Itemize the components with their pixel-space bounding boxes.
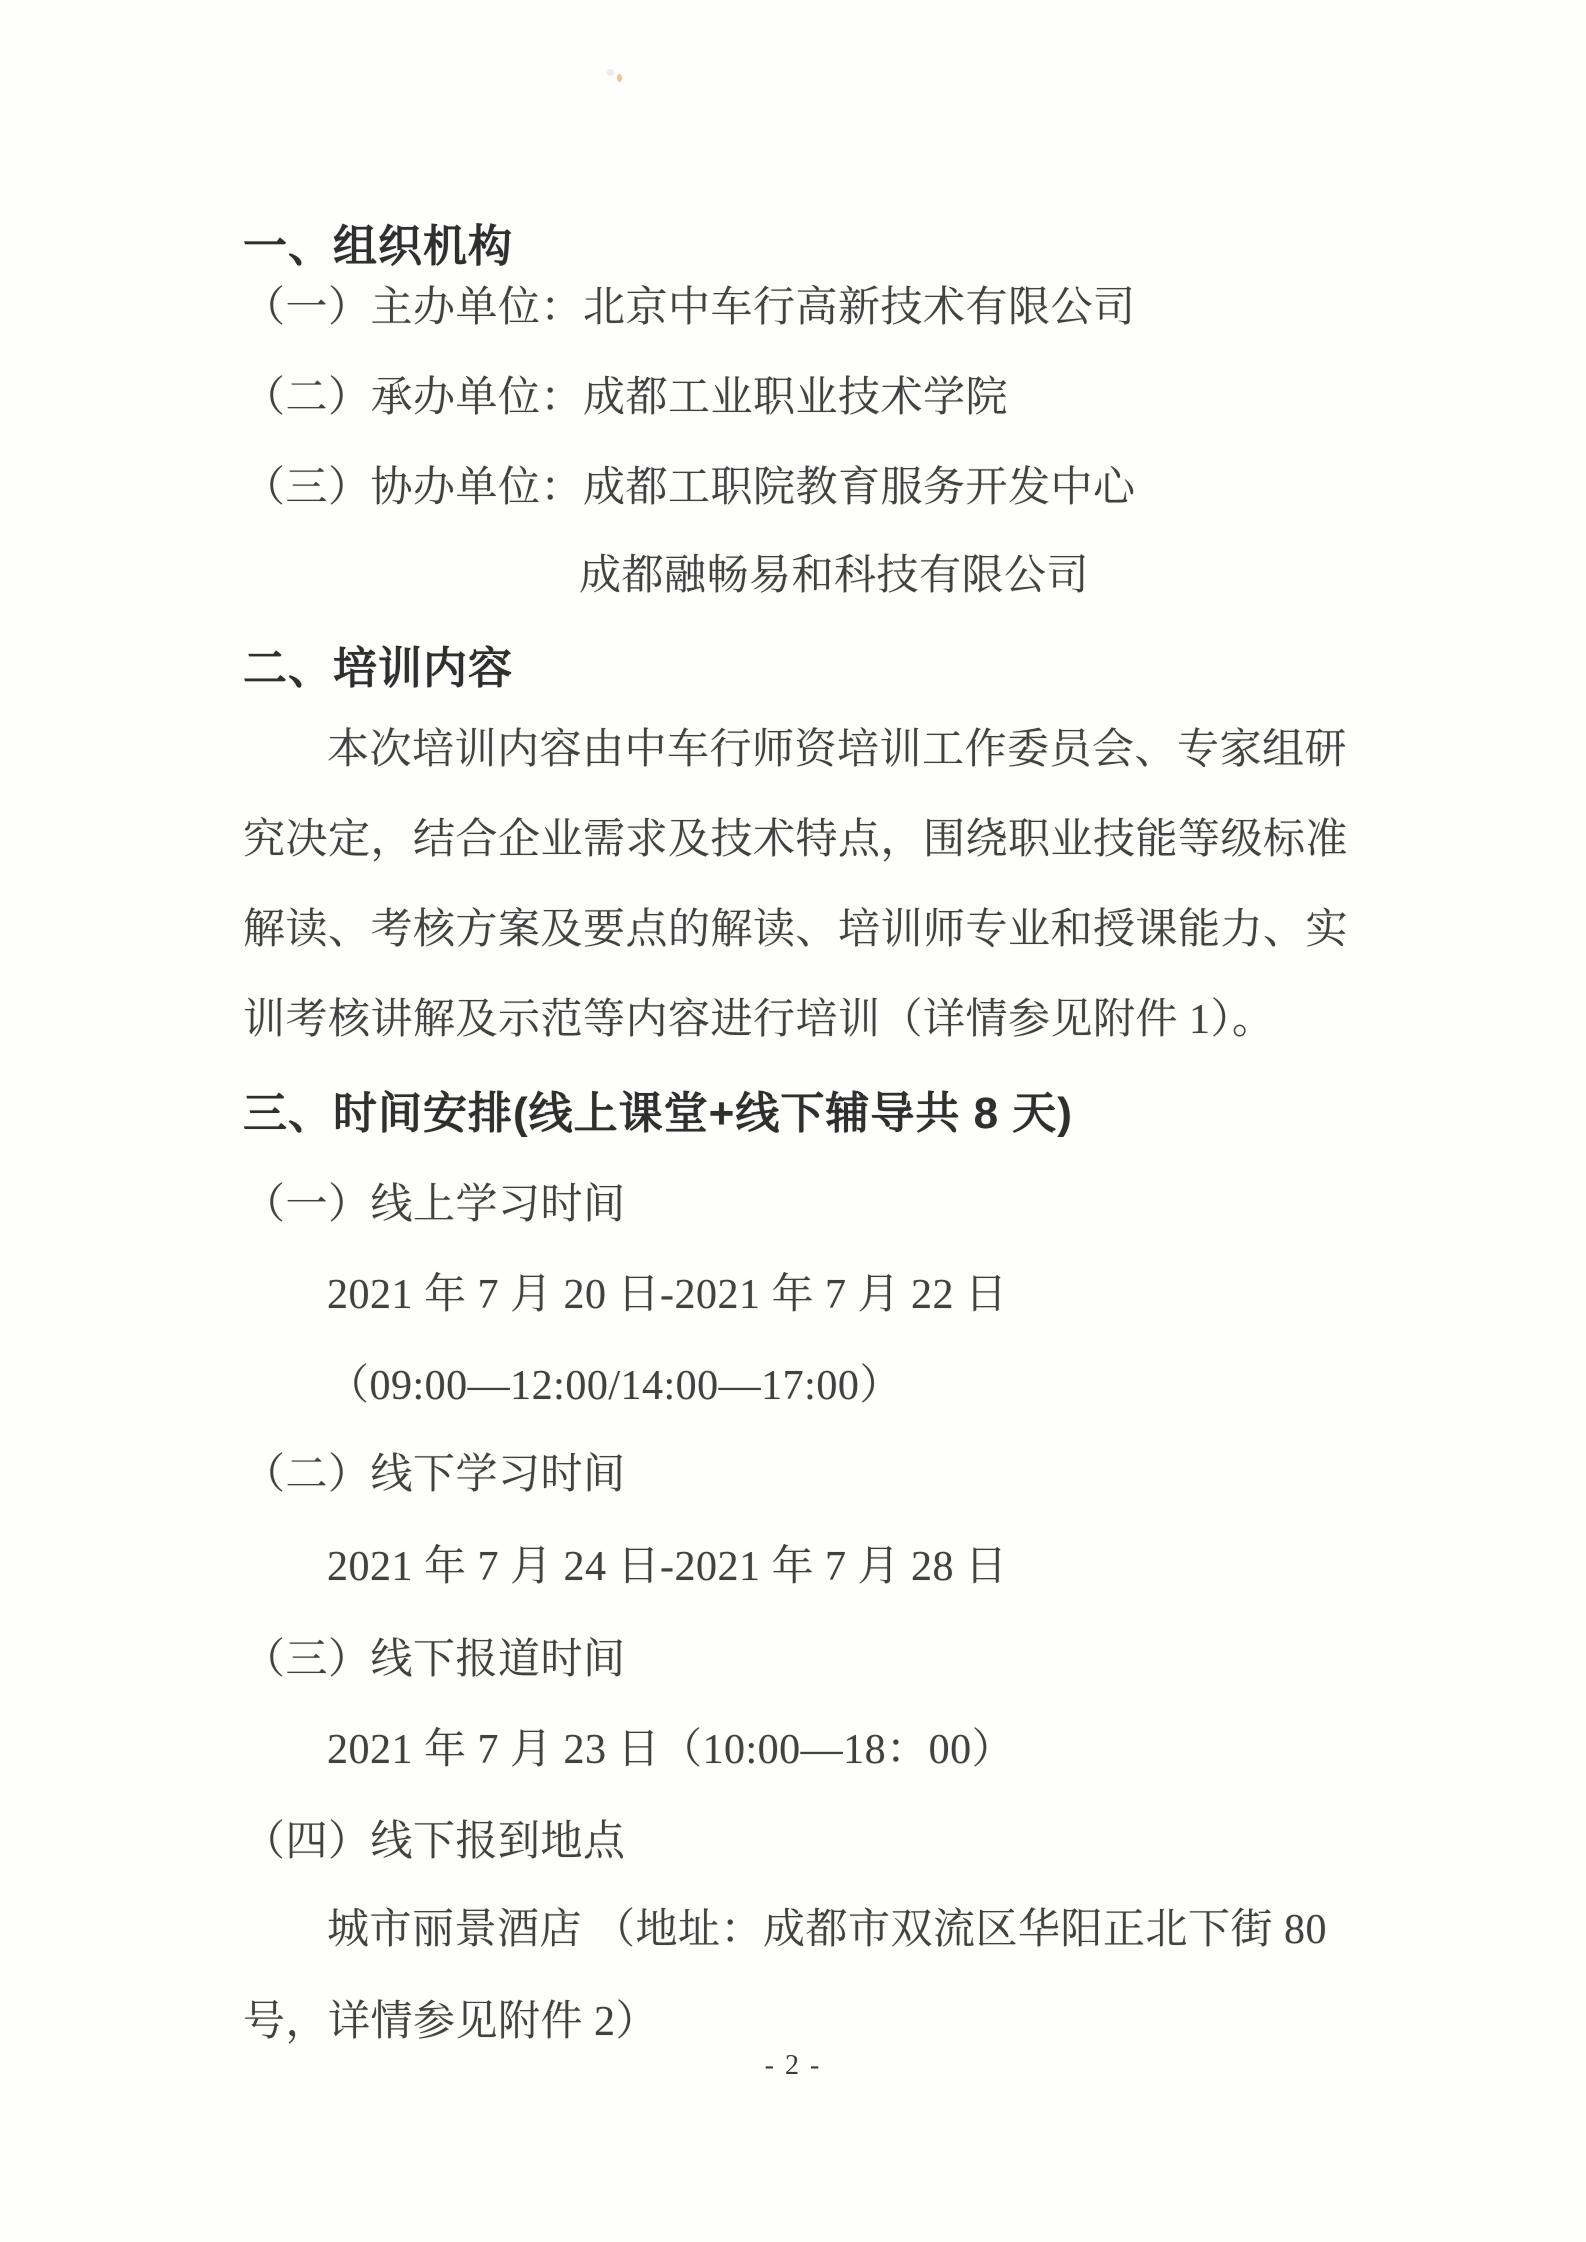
online-study-hours: （09:00—12:00/14:00—17:00） bbox=[327, 1362, 902, 1410]
organization-item-host: （一）主办单位：北京中车行高新技术有限公司 bbox=[243, 284, 1136, 332]
organization-coorganizer-second-line: 成都融畅易和科技有限公司 bbox=[579, 552, 1089, 600]
offline-study-dates: 2021 年 7 月 24 日-2021 年 7 月 28 日 bbox=[327, 1543, 1008, 1591]
section-organization-heading: 一、组织机构 bbox=[243, 222, 513, 273]
training-content-paragraph-line: 训考核讲解及示范等内容进行培训（详情参见附件 1）。 bbox=[243, 996, 1275, 1044]
online-study-time-label: （一）线上学习时间 bbox=[243, 1181, 626, 1229]
organization-item-coorganizer: （三）协办单位：成都工职院教育服务开发中心 bbox=[243, 464, 1136, 512]
offline-checkin-place-label: （四）线下报到地点 bbox=[243, 1818, 626, 1866]
section-training-content-heading: 二、培训内容 bbox=[243, 644, 513, 695]
section-schedule-heading: 三、时间安排(线上课堂+线下辅导共 8 天) bbox=[243, 1089, 1073, 1140]
organization-item-undertaker: （二）承办单位：成都工业职业技术学院 bbox=[243, 374, 1008, 422]
online-study-dates: 2021 年 7 月 20 日-2021 年 7 月 22 日 bbox=[327, 1271, 1008, 1319]
document-page: 一、组织机构 （一）主办单位：北京中车行高新技术有限公司 （二）承办单位：成都工… bbox=[0, 0, 1586, 2242]
training-content-paragraph-line: 本次培训内容由中车行师资培训工作委员会、专家组研 bbox=[327, 726, 1347, 774]
offline-checkin-place-line: 号，详情参见附件 2） bbox=[243, 1998, 658, 2046]
training-content-paragraph-line: 解读、考核方案及要点的解读、培训师专业和授课能力、实 bbox=[243, 906, 1348, 954]
training-content-paragraph-line: 究决定，结合企业需求及技术特点，围绕职业技能等级标准 bbox=[243, 816, 1348, 864]
offline-checkin-dates: 2021 年 7 月 23 日（10:00—18：00） bbox=[327, 1726, 1014, 1774]
offline-study-time-label: （二）线下学习时间 bbox=[243, 1451, 626, 1499]
scan-speck bbox=[607, 69, 614, 76]
offline-checkin-place-line: 城市丽景酒店 （地址：成都市双流区华阳正北下街 80 bbox=[327, 1906, 1327, 1954]
page-number: - 2 - bbox=[0, 2050, 1586, 2082]
scan-speck bbox=[617, 74, 622, 82]
offline-checkin-time-label: （三）线下报道时间 bbox=[243, 1636, 626, 1684]
